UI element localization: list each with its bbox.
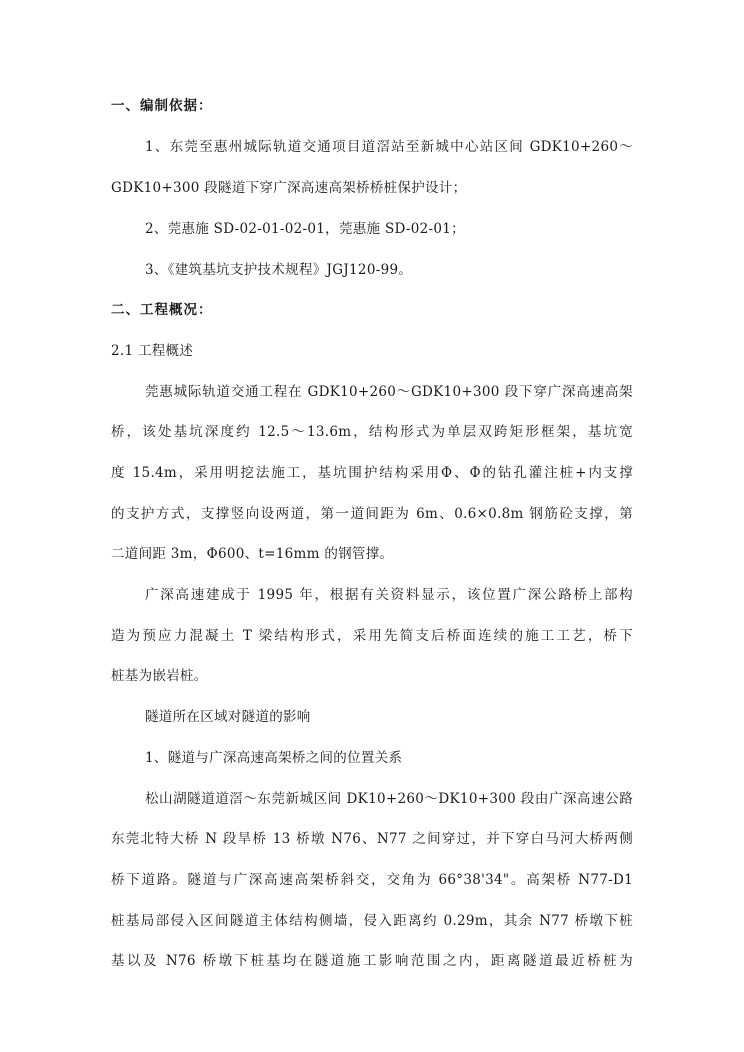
paragraph-line: 桩基局部侵入区间隧道主体结构侧墙，侵入距离约 0.29m，其余 N77 桥墩下桩 [111,911,633,931]
paragraph-line: 莞惠城际轨道交通工程在 GDK10+260～GDK10+300 段下穿广深高速高… [111,382,633,402]
basis-item-1-line-1: 1、东莞至惠州城际轨道交通项目道滘站至新城中心站区间 GDK10+260～ [111,137,633,157]
impact-title: 隧道所在区域对隧道的影响 [111,707,633,727]
impact-item-1: 1、隧道与广深高速高架桥之间的位置关系 [111,748,633,768]
paragraph-line: 桥，该处基坑深度约 12.5～13.6m，结构形式为单层双跨矩形框架，基坑宽 [111,422,633,442]
paragraph-line: 度 15.4m，采用明挖法施工，基坑围护结构采用Φ、Φ的钻孔灌注桩+内支撑 [111,463,633,483]
paragraph-line: 二道间距 3m，Φ600、t=16mm 的钢管撑。 [111,544,633,564]
paragraph-line: 桥下道路。隧道与广深高速高架桥斜交，交角为 66°38'34"。高架桥 N77-… [111,870,633,890]
section-heading-basis: 一、编制依据： [111,96,633,116]
paragraph-line: 广深高速建成于 1995 年，根据有关资料显示，该位置广深公路桥上部构 [111,585,633,605]
basis-item-3: 3、《建筑基坑支护技术规程》JGJ120-99。 [111,260,633,280]
paragraph-line: 松山湖隧道道滘～东莞新城区间 DK10+260～DK10+300 段由广深高速公… [111,789,633,809]
basis-item-1-line-2: GDK10+300 段隧道下穿广深高速高架桥桥桩保护设计； [111,178,633,198]
section-heading-overview: 二、工程概况： [111,300,633,320]
basis-item-2: 2、莞惠施 SD-02-01-02-01，莞惠施 SD-02-01； [111,219,633,239]
paragraph-line: 桩基为嵌岩桩。 [111,666,633,686]
subheading-overview: 2.1 工程概述 [111,341,633,361]
paragraph-line: 造为预应力混凝土 T 梁结构形式，采用先简支后桥面连续的施工工艺，桥下 [111,626,633,646]
paragraph-line: 的支护方式，支撑竖向设两道，第一道间距为 6m、0.6×0.8m 钢筋砼支撑，第 [111,504,633,524]
paragraph-line: 东莞北特大桥 N 段旱桥 13 桥墩 N76、N77 之间穿过，并下穿白马河大桥… [111,829,633,849]
paragraph-line: 基以及 N76 桥墩下桩基均在隧道施工影响范围之内，距离隧道最近桥桩为 [111,951,633,971]
